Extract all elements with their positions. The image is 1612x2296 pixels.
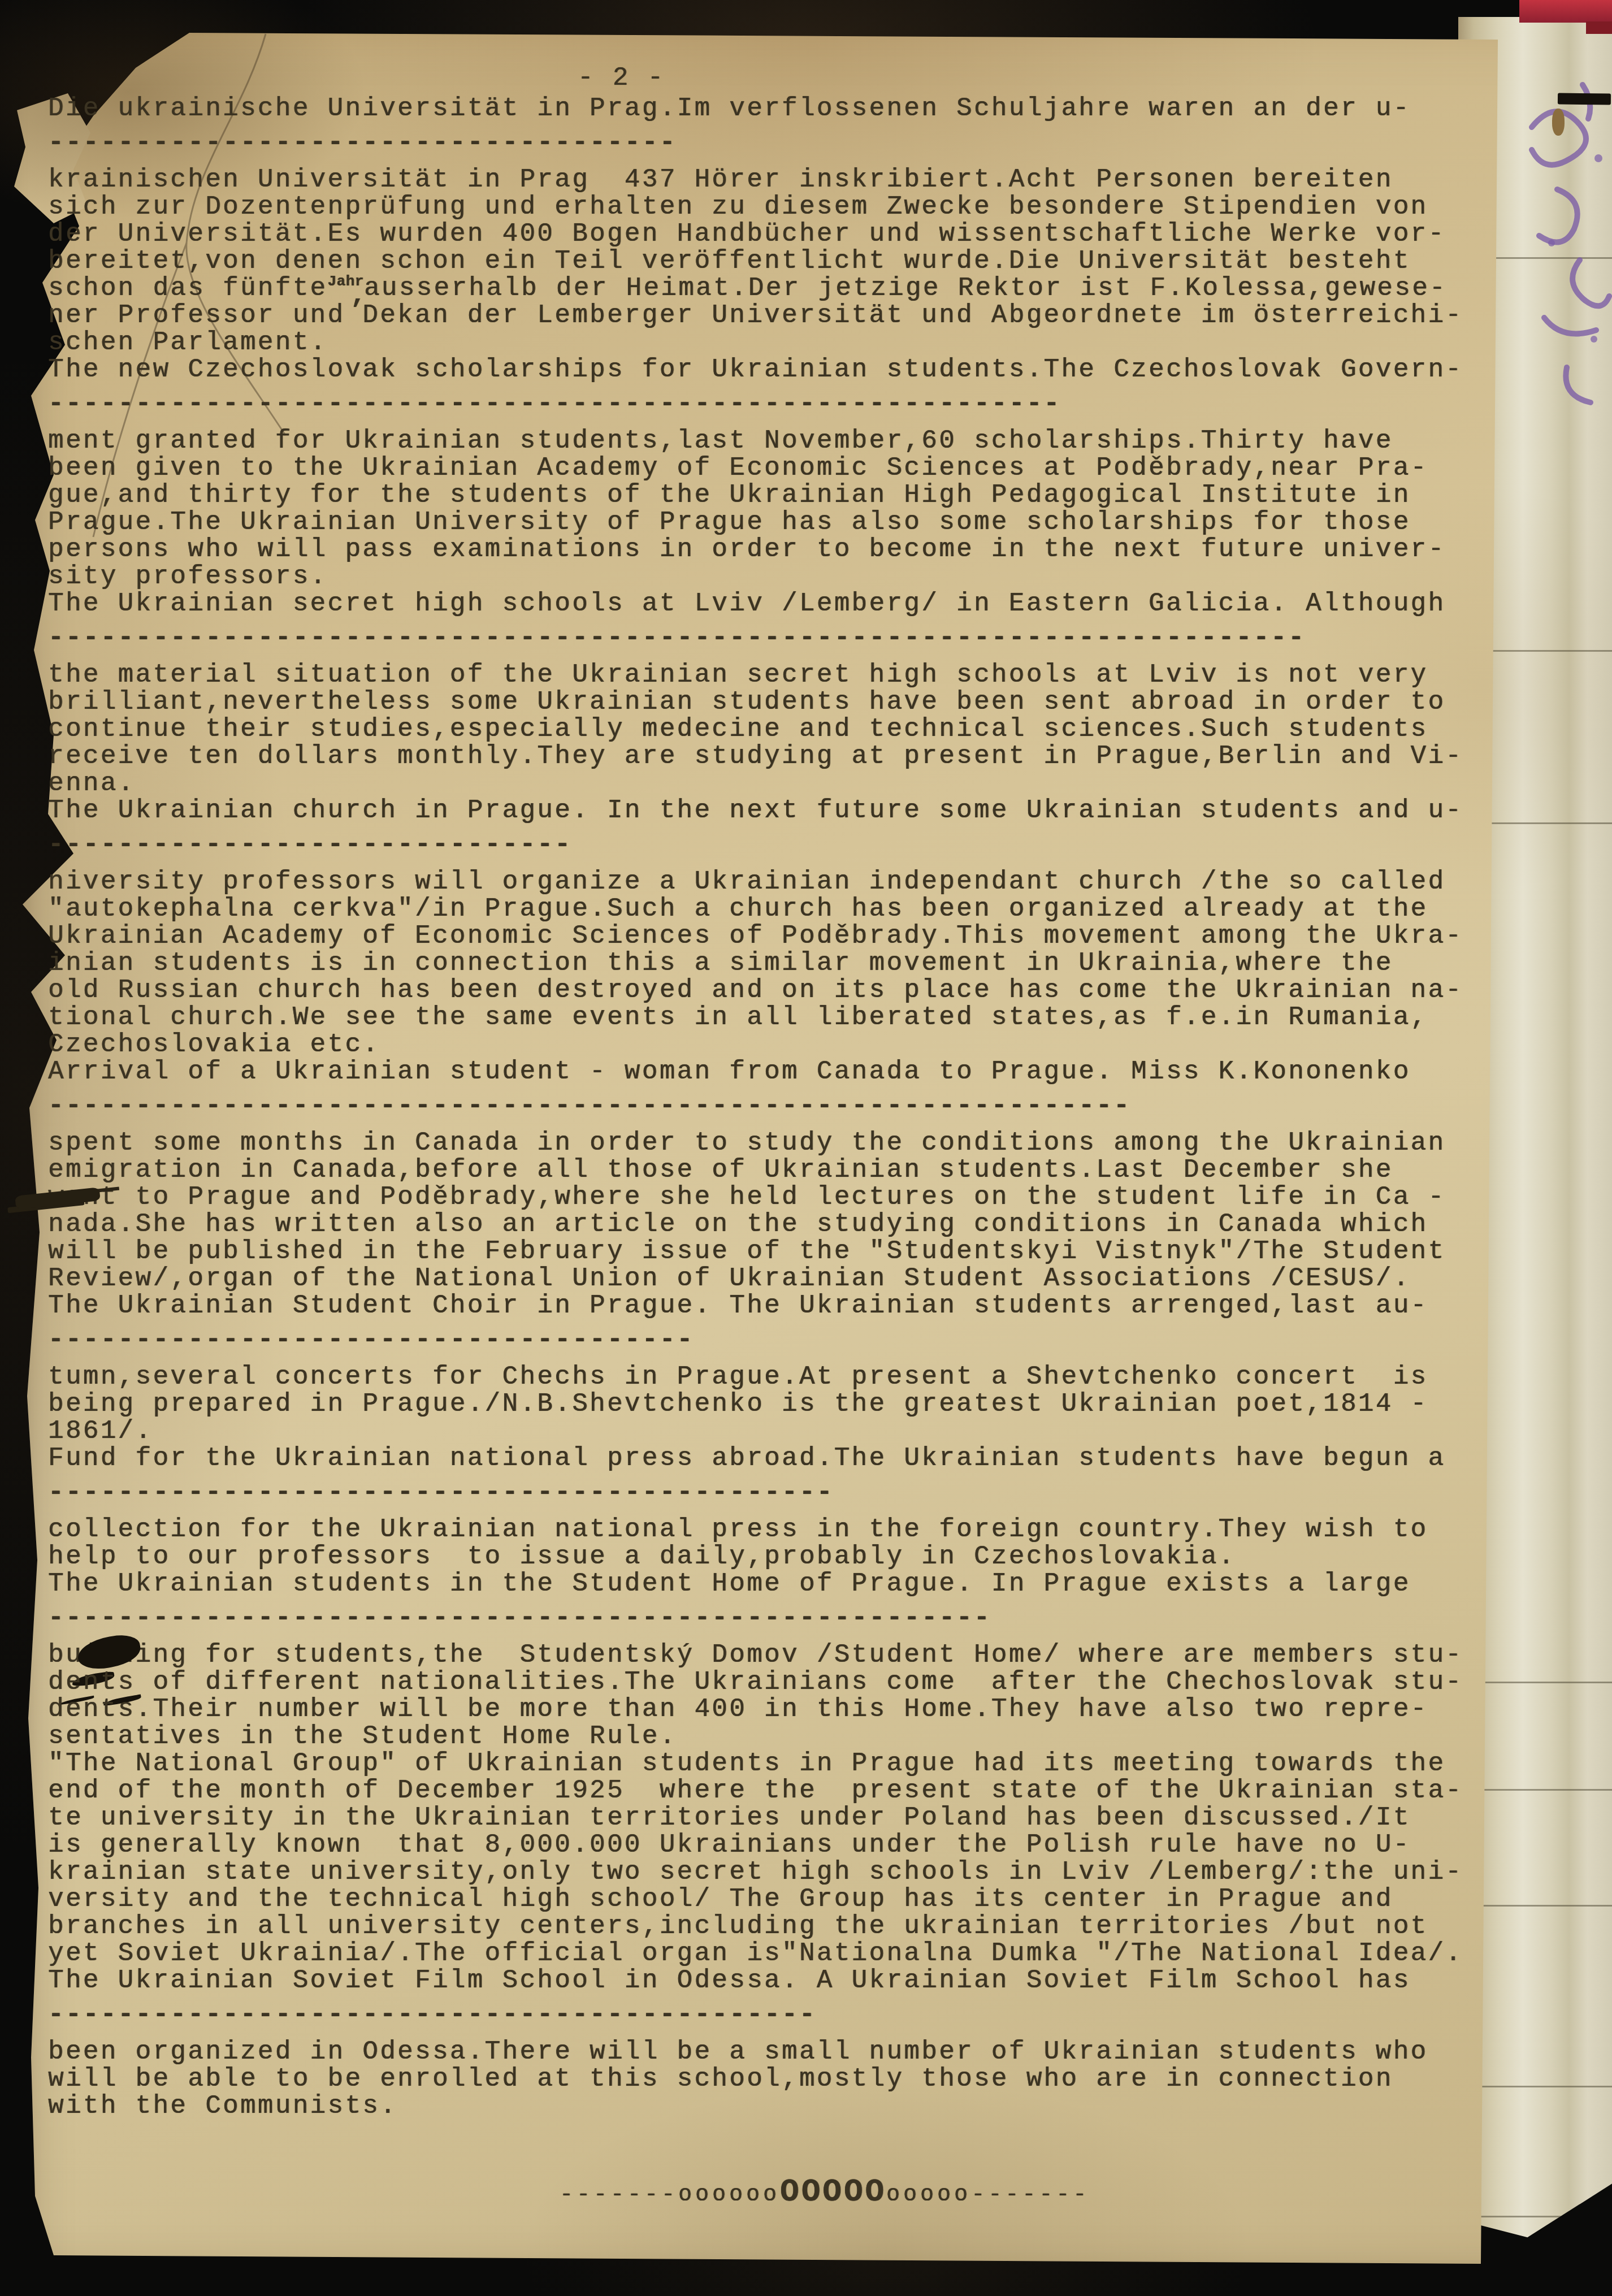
text-line: versity and the technical high school/ T…	[48, 1886, 1495, 1913]
text-line: the material situation of the Ukrainian …	[48, 661, 1495, 688]
text-line: "autokephalna cerkva"/in Prague.Such a c…	[48, 895, 1495, 922]
footer-dashes-right: -------	[971, 2182, 1090, 2208]
ruled-line	[1463, 2216, 1612, 2217]
text-line: The Ukrainian Student Choir in Prague. T…	[48, 1292, 1495, 1319]
text-line: sich zur Dozentenprüfung und erhalten zu…	[48, 193, 1495, 220]
dashed-underline: ------------------------------------	[48, 129, 1495, 156]
typewritten-text-block: Die ukrainische Universität in Prag.Im v…	[48, 95, 1495, 2120]
text-line: niversity professors will organize a Ukr…	[48, 868, 1495, 895]
footer-dashes-left: -------	[560, 2182, 678, 2208]
text-line: "The National Group" of Ukrainian studen…	[48, 1750, 1495, 1777]
text-line: krainian state university,only two secre…	[48, 1859, 1495, 1886]
text-line: collection for the Ukrainian national pr…	[48, 1516, 1495, 1543]
text-line: Czechoslovakia etc.	[48, 1031, 1495, 1058]
text-line: building for students,the Studentský Dom…	[48, 1641, 1495, 1669]
text-line: Review/,organ of the National Union of U…	[48, 1265, 1495, 1292]
text-line: being prepared in Prague./N.B.Shevtchenk…	[48, 1390, 1495, 1418]
text-line: The Ukrainian secret high schools at Lvi…	[48, 590, 1495, 617]
text-line: gue,and thirty for the students of the U…	[48, 482, 1495, 509]
text-line: tumn,several concerts for Chechs in Prag…	[48, 1363, 1495, 1390]
dashed-underline: ----------------------------------------…	[48, 1604, 1495, 1631]
text-line: persons who will pass examinations in or…	[48, 536, 1495, 563]
dashed-underline: -------------------------------------	[48, 1326, 1495, 1353]
text-line: yet Soviet Ukrainia/.The official organ …	[48, 1940, 1495, 1967]
text-line: receive ten dollars monthly.They are stu…	[48, 743, 1495, 770]
text-line: Prague.The Ukrainian University of Pragu…	[48, 509, 1495, 536]
page-number: - 2 -	[578, 63, 665, 93]
text-line: ner Professor und Dekan der Lemberger Un…	[48, 302, 1495, 329]
text-line: krainischen Universität in Prag 437 Höre…	[48, 166, 1495, 193]
text-line: end of the month of December 1925 where …	[48, 1777, 1495, 1804]
text-line: der Universität.Es wurden 400 Bogen Hand…	[48, 220, 1495, 248]
dashed-underline: ----------------------------------------…	[48, 1479, 1495, 1506]
dashed-underline: ----------------------------------------…	[48, 624, 1495, 651]
text-line: Fund for the Ukrainian national press ab…	[48, 1445, 1495, 1472]
text-line: sentatives in the Student Home Rule.	[48, 1723, 1495, 1750]
ink-blot	[75, 1632, 143, 1673]
text-line: with the Communists.	[48, 2093, 1495, 2120]
text-line: dents of different nationalities.The Ukr…	[48, 1669, 1495, 1696]
dashed-underline: ------------------------------	[48, 831, 1495, 858]
footer-big-o: OOOOO	[780, 2174, 886, 2210]
text-line: brilliant,nevertheless some Ukrainian st…	[48, 688, 1495, 716]
text-line: schon das fünfteJahr,ausserhalb der Heim…	[48, 275, 1495, 302]
red-binding-mark-lower	[1586, 21, 1612, 34]
text-line: been organized in Odessa.There will be a…	[48, 2038, 1495, 2065]
text-line: schen Parlament.	[48, 329, 1495, 356]
overwrite-scribble	[15, 1187, 101, 1210]
text-line: nada.She has written also an article on …	[48, 1211, 1495, 1238]
text-line: bereitet,von denen schon ein Teil veröff…	[48, 248, 1495, 275]
text-line: The new Czechoslovak scholarships for Uk…	[48, 356, 1495, 383]
text-line: 1861/.	[48, 1418, 1495, 1445]
text-line: will be able to be enrolled at this scho…	[48, 2065, 1495, 2093]
footer-small-o-left: oooooo	[678, 2182, 780, 2208]
stain-mark	[1552, 109, 1565, 136]
text-line: went to Prague and Poděbrady,where she h…	[48, 1184, 1495, 1211]
text-line: The Ukrainian students in the Student Ho…	[48, 1570, 1495, 1597]
text-line: been given to the Ukrainian Academy of E…	[48, 454, 1495, 482]
scan-photo-background: - 2 - Die ukrainische Universität in Pra…	[0, 0, 1612, 2296]
text-line: sity professors.	[48, 563, 1495, 590]
text-line: continue their studies,especially medeci…	[48, 716, 1495, 743]
text-line: Arrival of a Ukrainian student - woman f…	[48, 1058, 1495, 1085]
text-line: spent some months in Canada in order to …	[48, 1129, 1495, 1156]
text-line: The Ukrainian Soviet Film School in Odes…	[48, 1967, 1495, 1994]
text-line: Ukrainian Academy of Economic Sciences o…	[48, 922, 1495, 950]
dashed-underline: ----------------------------------------…	[48, 2001, 1495, 2028]
text-line: dents.Their number will be more than 400…	[48, 1696, 1495, 1723]
text-line: branches in all university centers,inclu…	[48, 1913, 1495, 1940]
text-line: inian students is in connection this a s…	[48, 950, 1495, 977]
text-line: The Ukrainian church in Prague. In the n…	[48, 797, 1495, 824]
footer-decoration: -------ooooooOOOOOooooo-------	[560, 2174, 1090, 2210]
text-line: will be published in the February issue …	[48, 1238, 1495, 1265]
dashed-underline: ----------------------------------------…	[48, 1092, 1495, 1119]
text-line: old Russian church has been destroyed an…	[48, 977, 1495, 1004]
text-line: te university in the Ukrainian territori…	[48, 1804, 1495, 1831]
text-line: help to our professors to issue a daily,…	[48, 1543, 1495, 1570]
text-line: emigration in Canada,before all those of…	[48, 1156, 1495, 1184]
text-line: tional church.We see the same events in …	[48, 1004, 1495, 1031]
footer-small-o-right: ooooo	[886, 2182, 971, 2208]
red-binding-mark	[1519, 0, 1612, 23]
text-line: Die ukrainische Universität in Prag.Im v…	[48, 95, 1495, 122]
dashed-underline: ----------------------------------------…	[48, 390, 1495, 417]
text-line: is generally known that 8,000.000 Ukrain…	[48, 1831, 1495, 1859]
black-margin-mark	[1558, 93, 1611, 105]
text-line: enna.	[48, 770, 1495, 797]
text-line: ment granted for Ukrainian students,last…	[48, 427, 1495, 454]
